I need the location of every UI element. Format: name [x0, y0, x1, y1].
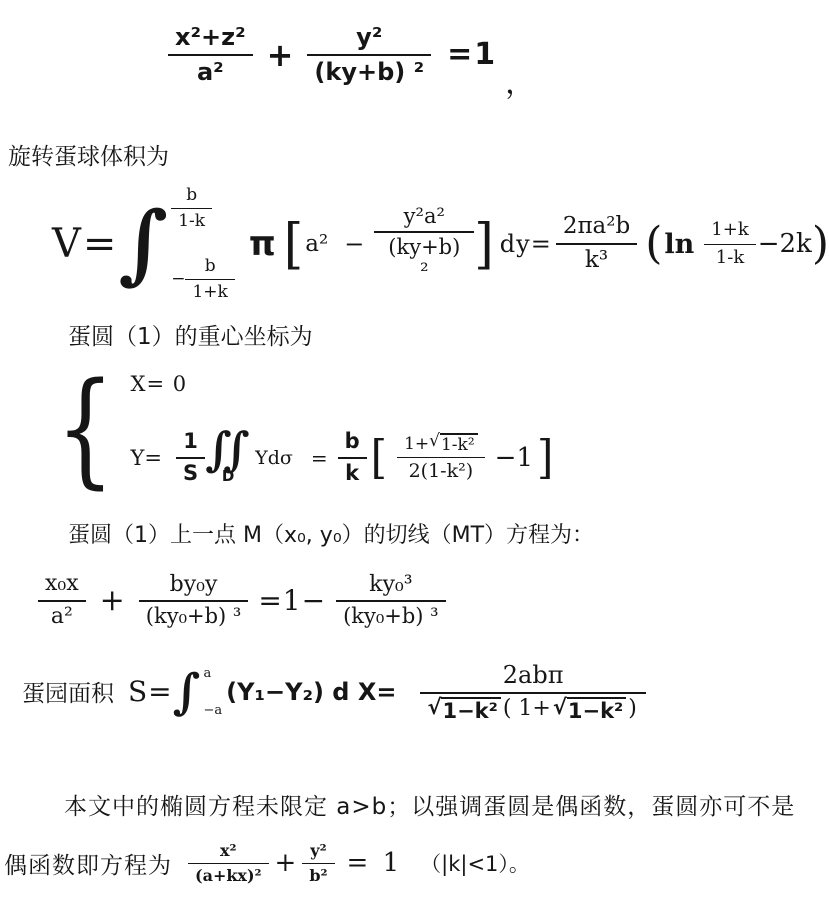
left-bracket: [ — [284, 220, 304, 269]
integral-bounds: a −a — [203, 666, 222, 718]
integral-sign: ∫ — [173, 673, 201, 711]
upper-bound: b 1-k — [171, 186, 235, 231]
integral: ∫ b 1-k − b 1+k — [118, 186, 234, 302]
fraction: 2πa²b k³ — [556, 214, 637, 274]
left-bracket: [ — [371, 437, 387, 478]
right-bracket: ] — [537, 437, 553, 478]
fraction: 1+k 1-k — [704, 220, 755, 267]
denominator: (ky₀+b) ³ — [139, 602, 249, 629]
paragraph-line-2: 偶函数即方程为 x² (a+kx)² + y² b² = 1 （|k|<1）。 — [4, 842, 530, 885]
denominator: (ky₀+b) ³ — [336, 602, 446, 629]
denominator: S — [176, 459, 205, 486]
radicand: 1−k² — [567, 697, 626, 722]
right-paren: ) — [812, 224, 829, 264]
integral-sign: ∫ — [118, 210, 168, 277]
numerator: b — [171, 186, 212, 209]
denominator: b² — [302, 864, 334, 885]
centroid-intro-text: 蛋圆（1）的重心坐标为 — [68, 318, 313, 351]
numerator: x²+z² — [168, 24, 253, 56]
numerator: b — [338, 430, 367, 459]
ellipse-equation: x²+z² a² + y² (ky+b) ² =1 ， — [168, 24, 535, 86]
fraction: x²+z² a² — [168, 24, 253, 86]
plus-operator: + — [100, 583, 125, 618]
numerator: 1 — [176, 430, 205, 459]
numerator: b — [185, 257, 234, 280]
area-label: 蛋园面积 — [22, 675, 114, 708]
numerator: ky₀³ — [336, 573, 446, 603]
region-label: D — [222, 467, 234, 485]
integrand: Ydσ — [255, 447, 293, 469]
paren-one-plus: ( 1+ — [503, 697, 551, 722]
left-paren: ( — [645, 224, 662, 264]
minus-operator: − — [344, 230, 364, 258]
denominator: k — [338, 459, 367, 486]
fraction: 1+ √ 1-k² 2(1-k²) — [397, 433, 485, 482]
denominator: √ 1−k² ( 1+ √ 1−k² ) — [420, 694, 645, 722]
plus-operator: + — [275, 848, 297, 878]
equals-sign: = — [311, 446, 328, 470]
radical-sign: √ — [429, 433, 440, 450]
fraction: by₀y (ky₀+b) ³ — [139, 573, 249, 629]
lower-bound: − b 1+k — [171, 257, 235, 302]
a-squared-term: a² — [305, 231, 328, 257]
numerator: 2abπ — [420, 662, 645, 694]
denominator: (a+kx)² — [188, 864, 269, 885]
fraction: 2abπ √ 1−k² ( 1+ √ 1−k² ) — [420, 662, 645, 722]
radical-sign: √ — [553, 697, 567, 718]
centroid-system: { X= 0 Y= 1 S ∬ D Ydσ = b k [ 1+ — [56, 372, 553, 485]
fraction: b 1+k — [185, 257, 234, 302]
fraction: x₀x a² — [38, 572, 86, 629]
comma: ， — [505, 58, 535, 102]
upper-bound: a — [203, 666, 222, 681]
radicand: 1-k² — [440, 433, 478, 454]
radicand: 1−k² — [441, 697, 500, 722]
denominator: 2(1-k²) — [397, 458, 485, 482]
denominator: k³ — [556, 245, 637, 274]
denominator: a² — [38, 602, 86, 630]
denominator: (ky+b) ² — [374, 233, 474, 283]
lower-bound: −a — [203, 703, 222, 718]
y-label: Y= — [131, 446, 162, 470]
fraction: y²a² (ky+b) ² — [374, 205, 474, 284]
equals-one-minus: =1− — [258, 584, 326, 617]
condition-text: （|k|<1）。 — [420, 848, 530, 878]
fraction: y² (ky+b) ² — [307, 24, 431, 86]
minus-2k-term: −2k — [758, 229, 812, 259]
one-plus-term: 1+ — [404, 435, 429, 454]
fraction: x² (a+kx)² — [188, 842, 269, 885]
numerator: x² — [188, 842, 269, 864]
numerator: by₀y — [139, 573, 249, 603]
system-rows: X= 0 Y= 1 S ∬ D Ydσ = b k [ 1+ √ — [131, 372, 554, 485]
equals-one: = 1 — [347, 848, 403, 878]
integrand: (Y₁−Y₂) d X= — [226, 678, 396, 706]
tangent-intro-text: 蛋圆（1）上一点 M（x₀, y₀）的切线（MT）方程为： — [68, 518, 594, 549]
ln-symbol: ln — [664, 229, 694, 260]
paragraph-line-1: 本文中的椭圆方程未限定 a>b；以强调蛋圆是偶函数，蛋圆亦可不是 — [64, 788, 795, 821]
fraction: 1 S — [176, 430, 205, 485]
y-coordinate-equation: Y= 1 S ∬ D Ydσ = b k [ 1+ √ 1-k — [131, 430, 554, 485]
paragraph-line-2-prefix: 偶函数即方程为 — [4, 847, 172, 880]
dy-equals: dy= — [500, 230, 552, 258]
integral-bounds: b 1-k − b 1+k — [171, 186, 235, 302]
numerator: 2πa²b — [556, 214, 637, 245]
numerator: y²a² — [374, 205, 474, 234]
fraction: b 1-k — [171, 186, 212, 231]
equals-one: =1 — [447, 37, 497, 72]
denominator: 1-k — [704, 245, 755, 268]
denominator: 1+k — [185, 280, 234, 302]
minus-sign: − — [171, 269, 185, 289]
denominator: a² — [168, 56, 253, 86]
radical-sign: √ — [427, 697, 441, 718]
fraction: y² b² — [302, 842, 334, 885]
numerator: y² — [307, 24, 431, 56]
pi-symbol: π — [249, 224, 276, 264]
double-integral: ∬ D — [205, 430, 251, 485]
denominator: 1-k — [171, 209, 212, 231]
plus-operator: + — [267, 36, 294, 74]
volume-lhs: V= — [52, 221, 118, 267]
numerator: 1+ √ 1-k² — [397, 433, 485, 458]
volume-formula: V= ∫ b 1-k − b 1+k π [ a² − y²a² (ky+b) … — [52, 186, 829, 302]
double-integral-sign: ∬ — [205, 430, 251, 469]
area-formula: 蛋园面积 S= ∫ a −a (Y₁−Y₂) d X= 2abπ √ 1−k² … — [22, 662, 646, 722]
denominator: (ky+b) ² — [307, 56, 431, 86]
radical: √ 1-k² — [429, 433, 478, 454]
right-paren: ) — [628, 697, 637, 722]
radical: √ 1−k² — [427, 697, 500, 722]
volume-intro-text: 旋转蛋球体积为 — [8, 138, 169, 171]
system-brace: { — [56, 366, 115, 490]
fraction: b k — [338, 430, 367, 485]
radical: √ 1−k² — [553, 697, 626, 722]
x-coordinate-equation: X= 0 — [131, 372, 554, 396]
numerator: y² — [302, 842, 334, 864]
area-lhs: S= — [128, 675, 173, 708]
numerator: 1+k — [704, 220, 755, 244]
integral: ∫ a −a — [173, 666, 222, 718]
minus-one-term: −1 — [495, 443, 533, 473]
right-bracket: ] — [474, 220, 494, 269]
numerator: x₀x — [38, 572, 86, 602]
fraction: ky₀³ (ky₀+b) ³ — [336, 573, 446, 629]
tangent-equation: x₀x a² + by₀y (ky₀+b) ³ =1− ky₀³ (ky₀+b)… — [38, 572, 446, 629]
